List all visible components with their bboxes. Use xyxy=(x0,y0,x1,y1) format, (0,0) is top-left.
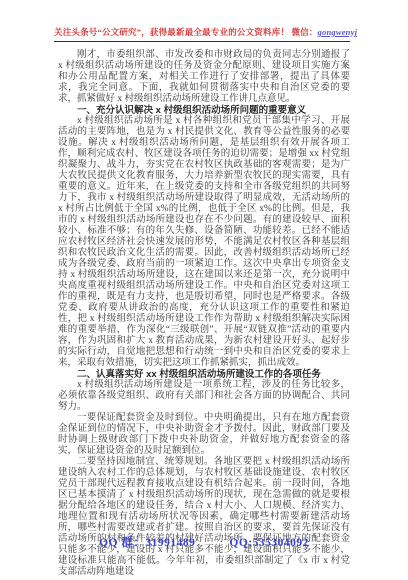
promo-text: 关注头条号“公文研究”，获得最新最全最专业的公文资料库！ xyxy=(54,27,291,37)
paragraph: x 村级组织活动场所是 x 村各种组织和党员干部集中学习、开展活动的主要阵地，也… xyxy=(58,116,350,369)
qq-number: 535304092 xyxy=(253,537,309,549)
wechat-label: 微信： xyxy=(291,27,317,37)
paragraph: x 村级组织活动场所建设是一项系统工程，涉及的任务比较多，必须依靠各级党组织、政… xyxy=(58,380,350,413)
promo-banner: 关注头条号“公文研究”，获得最新最全最专业的公文资料库！ 微信：gongweny… xyxy=(54,26,350,42)
paragraph: 刚才，市委组织部、市发改委和市财政局的负责同志分别通报了 x 村级组织活动场所建… xyxy=(58,50,350,105)
qq-group-number: 31991489 xyxy=(145,537,195,549)
document-body: 刚才，市委组织部、市发改委和市财政局的负责同志分别通报了 x 村级组织活动场所建… xyxy=(58,50,350,578)
qq-label: QQ: xyxy=(229,537,252,549)
paragraph: 二要坚持因地制宜、统筹规划。各地区要把 x 村级组织活动场所建设纳入农村工作的总… xyxy=(58,457,350,578)
wechat-id-link[interactable]: gongwenyj xyxy=(318,27,358,37)
qq-group-label: QQ 群： xyxy=(99,537,145,549)
paragraph: 一要保证配套资金及时到位。中央明确提出，只有在地方配套资金保证到位的情况下，中央… xyxy=(58,413,350,457)
contact-footer: QQ 群：31991489QQ:535304092 xyxy=(0,534,408,550)
section-heading: 一、充分认识解决 x 村级组织活动场所问题的重要意义 xyxy=(58,105,350,116)
document-page: 关注头条号“公文研究”，获得最新最全最专业的公文资料库！ 微信：gongweny… xyxy=(0,0,408,580)
section-heading: 二、认真落实好 xx 村级组织活动场所建设工作的各项任务 xyxy=(58,369,350,380)
